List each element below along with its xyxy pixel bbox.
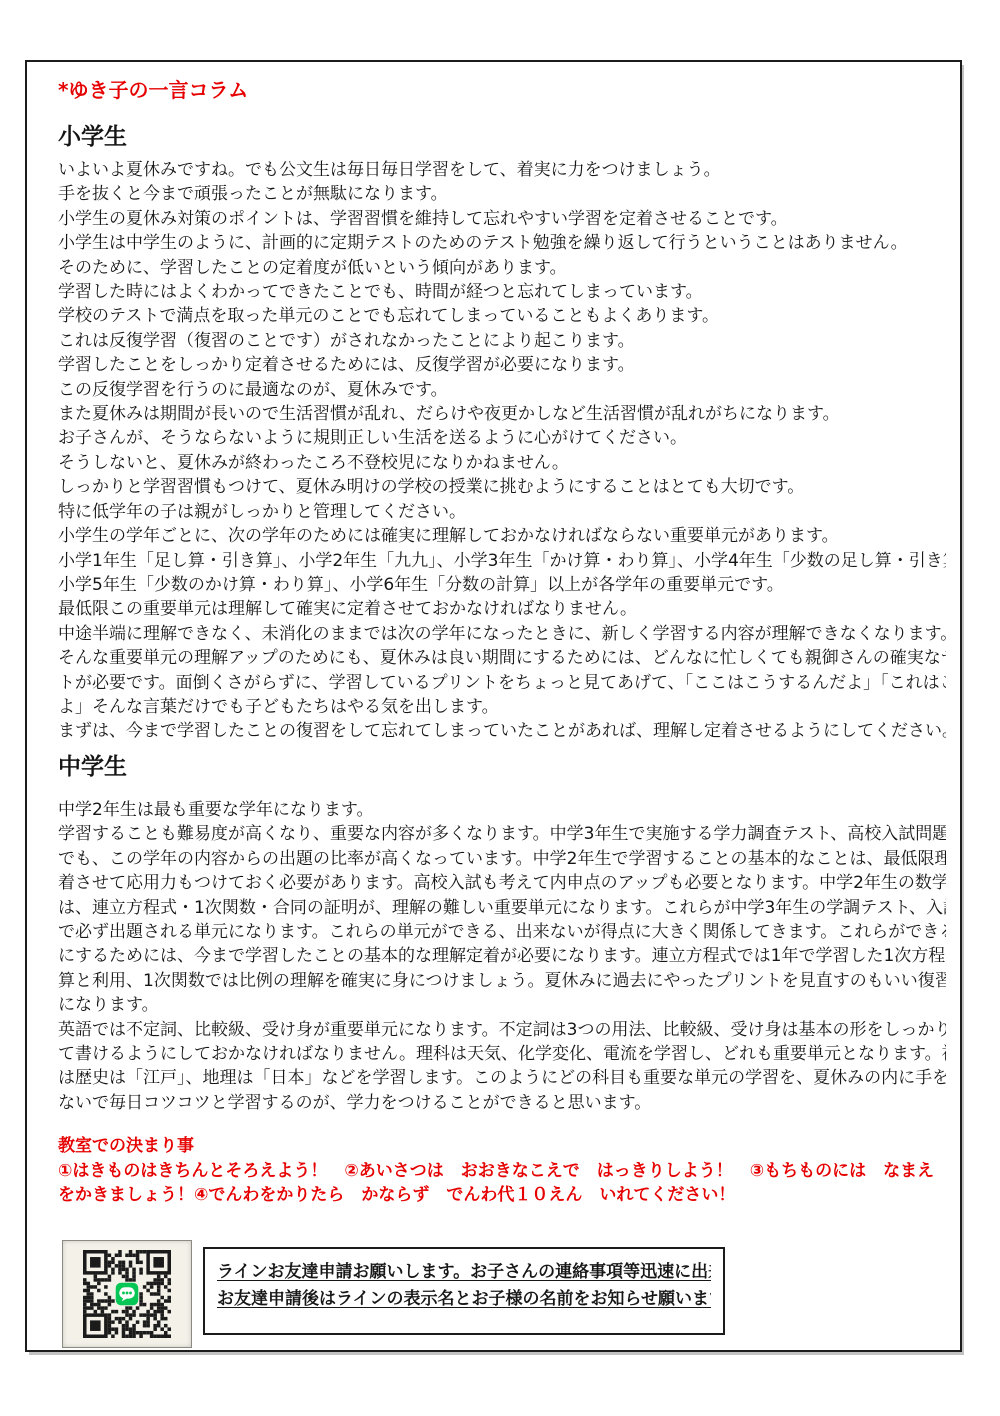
text-line: ないで毎日コツコツと学習するのが、学力をつけることができると思います。 bbox=[58, 1091, 946, 1115]
text-line: 英語では不定詞、比較級、受け身が重要単元になります。不定詞は3つの用法、比較級、… bbox=[58, 1018, 946, 1042]
text-line: まずは、今まで学習したことの復習をして忘れてしまっていたことがあれば、理解し定着… bbox=[58, 719, 946, 743]
text-line: トが必要です。面倒くさがらずに、学習しているプリントをちょっと見てあげて、「ここ… bbox=[58, 671, 946, 695]
text-line: 着させて応用力もつけておく必要があります。高校入試も考えて内申点のアップも必要と… bbox=[58, 871, 946, 895]
text-line: て書けるようにしておかなければなりません。理科は天気、化学変化、電流を学習し、ど… bbox=[58, 1042, 946, 1066]
text-line: この反復学習を行うのに最適なのが、夏休みです。 bbox=[58, 378, 946, 402]
text-line: 学習することも難易度が高くなり、重要な内容が多くなります。中学3年生で実施する学… bbox=[58, 822, 946, 846]
text-line: そんな重要単元の理解アップのためにも、夏休みは良い期間にするためには、どんなに忙… bbox=[58, 646, 946, 670]
text-line: 学習した時にはよくわかってできたことでも、時間が経つと忘れてしまっています。 bbox=[58, 280, 946, 304]
line-qr-code-photo bbox=[62, 1240, 192, 1348]
text-line: 特に低学年の子は親がしっかりと管理してください。 bbox=[58, 500, 946, 524]
column-page: *ゆき子の一言コラム 小学生 いよいよ夏休みですね。でも公文生は毎日毎日学習をし… bbox=[25, 60, 962, 1352]
text-line: お友達申請後はラインの表示名とお子様の名前をお知らせ願います bbox=[217, 1286, 711, 1313]
text-line: お子さんが、そうならないように規則正しい生活を送るように心がけてください。 bbox=[58, 426, 946, 450]
junior-body: 中学2年生は最も重要な学年になります。 学習することも難易度が高くなり、重要な内… bbox=[58, 798, 946, 1115]
text-line: は歴史は「江戸」、地理は「日本」などを学習します。このようにどの科目も重要な単元… bbox=[58, 1066, 946, 1090]
text-line: 最低限この重要単元は理解して確実に定着させておかなければなりません。 bbox=[58, 597, 946, 621]
rules-heading: 教室での決まり事 bbox=[58, 1134, 946, 1159]
text-line: いよいよ夏休みですね。でも公文生は毎日毎日学習をして、着実に力をつけましょう。 bbox=[58, 158, 946, 182]
column-title: *ゆき子の一言コラム bbox=[58, 74, 248, 103]
text-line: 学校のテストで満点を取った単元のことでも忘れてしまっていることもよくあります。 bbox=[58, 304, 946, 328]
text-line: 算と利用、1次関数では比例の理解を確実に身につけましょう。夏休みに過去にやったプ… bbox=[58, 969, 946, 993]
text-line: 小学生は中学生のように、計画的に定期テストのためのテスト勉強を繰り返して行うとい… bbox=[58, 231, 946, 255]
text-line: これは反復学習（復習のことです）がされなかったことにより起こります。 bbox=[58, 329, 946, 353]
text-line: をかきましょう！④でんわをかりたら かならず でんわ代１０えん いれてください！ bbox=[58, 1183, 946, 1208]
text-line: しっかりと学習習慣もつけて、夏休み明けの学校の授業に挑むようにすることはとても大… bbox=[58, 475, 946, 499]
line-friend-request-box: ラインお友達申請お願いします。お子さんの連絡事項等迅速に出来ます。 お友達申請後… bbox=[203, 1247, 725, 1335]
classroom-rules: 教室での決まり事 ①はきものはきちんとそろえよう！ ②あいさつは おおきなこえで… bbox=[58, 1134, 946, 1208]
text-line: にするためには、今まで学習したことの基本的な理解定着が必要になります。連立方程式… bbox=[58, 944, 946, 968]
text-line: 小学5年生「少数のかけ算・わり算」、小学6年生「分数の計算」以上が各学年の重要単… bbox=[58, 573, 946, 597]
line-qr-code-icon bbox=[83, 1250, 171, 1338]
elementary-heading: 小学生 bbox=[58, 118, 127, 151]
text-line: ①はきものはきちんとそろえよう！ ②あいさつは おおきなこえで はっきりしよう！… bbox=[58, 1159, 946, 1184]
text-line: 中学2年生は最も重要な学年になります。 bbox=[58, 798, 946, 822]
text-line: そうしないと、夏休みが終わったころ不登校児になりかねません。 bbox=[58, 451, 946, 475]
text-line: 小学1年生「足し算・引き算」、小学2年生「九九」、小学3年生「かけ算・わり算」、… bbox=[58, 549, 946, 573]
text-line: 手を抜くと今まで頑張ったことが無駄になります。 bbox=[58, 182, 946, 206]
text-line: 小学生の学年ごとに、次の学年のためには確実に理解しておかなければならない重要単元… bbox=[58, 524, 946, 548]
text-line: でも、この学年の内容からの出題の比率が高くなっています。中学2年生で学習すること… bbox=[58, 847, 946, 871]
text-line: また夏休みは期間が長いので生活習慣が乱れ、だらけや夜更かしなど生活習慣が乱れがち… bbox=[58, 402, 946, 426]
text-line: で必ず出題される単元になります。これらの単元ができる、出来ないが得点に大きく関係… bbox=[58, 920, 946, 944]
text-line: 学習したことをしっかり定着させるためには、反復学習が必要になります。 bbox=[58, 353, 946, 377]
text-line: よ」そんな言葉だけでも子どもたちはやる気を出します。 bbox=[58, 695, 946, 719]
text-line: になります。 bbox=[58, 993, 946, 1017]
text-line: は、連立方程式・1次関数・合同の証明が、理解の難しい重要単元になります。これらが… bbox=[58, 896, 946, 920]
junior-heading: 中学生 bbox=[58, 748, 127, 781]
elementary-body: いよいよ夏休みですね。でも公文生は毎日毎日学習をして、着実に力をつけましょう。 … bbox=[58, 158, 946, 744]
text-line: 小学生の夏休み対策のポイントは、学習習慣を維持して忘れやすい学習を定着させること… bbox=[58, 207, 946, 231]
text-line: そのために、学習したことの定着度が低いという傾向があります。 bbox=[58, 256, 946, 280]
text-line: 中途半端に理解できなく、未消化のままでは次の学年になったときに、新しく学習する内… bbox=[58, 622, 946, 646]
text-line: ラインお友達申請お願いします。お子さんの連絡事項等迅速に出来ます。 bbox=[217, 1259, 711, 1286]
